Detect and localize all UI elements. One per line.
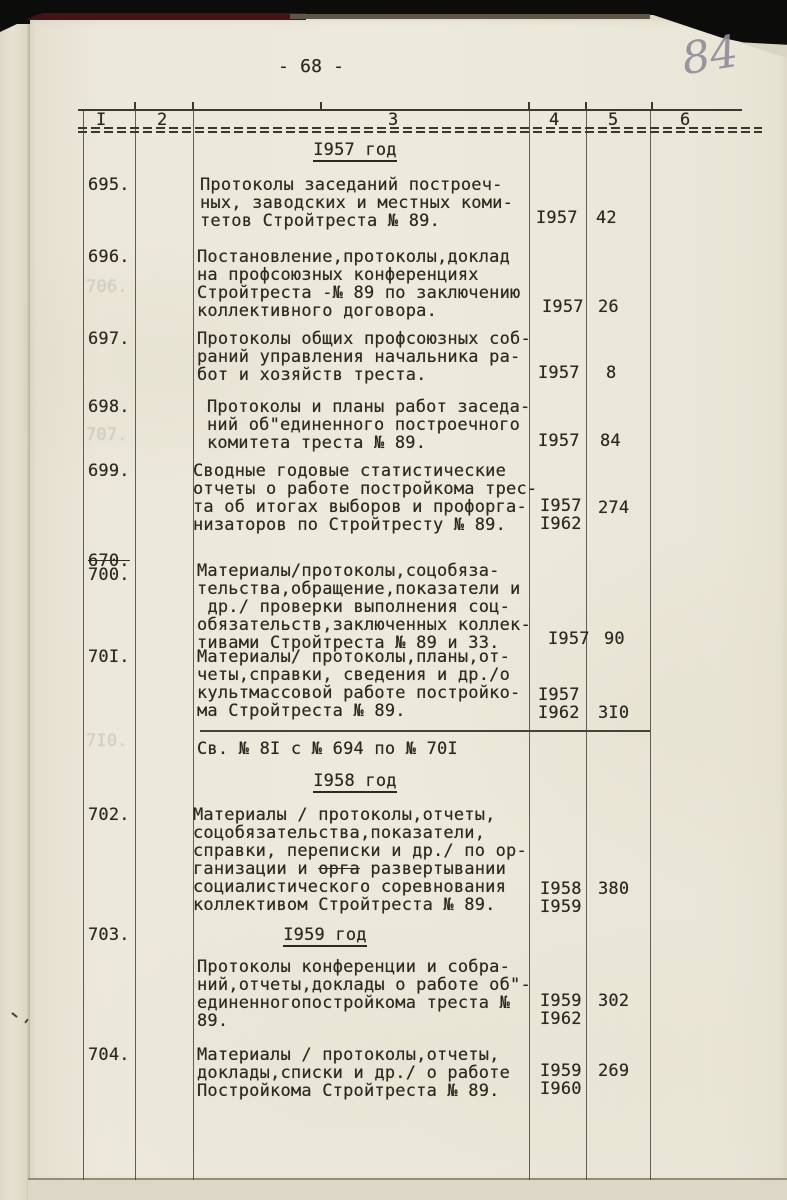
row-pages: 26 <box>598 298 619 316</box>
column-tick <box>192 102 194 110</box>
row-number: 697. <box>88 330 130 348</box>
column-tick <box>585 102 587 110</box>
row-years: I957 <box>548 630 590 648</box>
row-number: 698. <box>88 398 130 416</box>
row-description: Сводные годовые статистические отчеты о … <box>193 462 538 534</box>
row-description: Материалы / протоколы,отчеты, соцобязате… <box>193 806 538 914</box>
row-years: I959 I962 <box>540 992 582 1028</box>
column-tick <box>651 102 653 110</box>
bleed-through-ghost: 7I0. <box>86 732 128 750</box>
row-description: Материалы/ протоколы,планы,от- четы,спра… <box>197 648 537 720</box>
row-years: I959 I960 <box>540 1062 582 1098</box>
page-number: - 68 - <box>278 58 344 76</box>
table-vertical-line <box>135 111 136 1180</box>
summary-separator-line <box>200 730 650 732</box>
column-header-5: 5 <box>608 111 618 129</box>
row-number: 700. <box>88 566 130 584</box>
column-header-4: 4 <box>549 111 559 129</box>
row-description: Постановление,протоколы,доклад на профсо… <box>197 248 531 320</box>
row-pages: 84 <box>600 432 621 450</box>
column-header-2: 2 <box>157 111 167 129</box>
row-years: I957 <box>538 432 580 450</box>
row-years: I957 <box>538 364 580 382</box>
row-description: Протоколы общих профсоюзных соб- раний у… <box>197 330 537 384</box>
row-pages: 42 <box>596 209 617 227</box>
row-description: Протоколы и планы работ заседа- ний об"е… <box>207 398 537 452</box>
bleed-through-ghost: 707. <box>86 426 128 444</box>
row-description: Протоколы конференции и собра- ний,отчет… <box>197 958 542 1030</box>
row-pages: 274 <box>598 499 629 517</box>
row-number: 70I. <box>88 648 130 666</box>
row-description: Материалы/протоколы,соцобяза- тельства,о… <box>197 562 537 652</box>
row-pages: 8 <box>606 364 616 382</box>
column-tick <box>320 102 322 110</box>
row-years: I957 <box>542 298 584 316</box>
row-pages: 269 <box>598 1062 629 1080</box>
column-tick <box>134 102 136 110</box>
row-years: I957 I962 <box>540 497 582 533</box>
row-years: I958 I959 <box>540 880 582 916</box>
row-pages: 90 <box>604 630 625 648</box>
table-double-dash-rule-2 <box>78 131 762 133</box>
column-tick <box>528 102 530 110</box>
row-years: I957 I962 <box>538 686 580 722</box>
row-description: Материалы / протоколы,отчеты, доклады,сп… <box>197 1046 542 1100</box>
section-header-1958: I958 год <box>190 772 520 793</box>
underlying-page-edge <box>0 24 31 1200</box>
binding-brown-strip <box>290 14 650 19</box>
section-header-1957: I957 год <box>190 141 520 162</box>
struck-word: орга <box>318 859 360 879</box>
row-pages: 3I0 <box>598 704 629 722</box>
binding-maroon-strip <box>6 13 306 20</box>
row-pages: 380 <box>598 880 629 898</box>
row-number: 702. <box>88 806 130 824</box>
row-number: 695. <box>88 176 130 194</box>
row-years: I957 <box>536 209 578 227</box>
row-pages: 302 <box>598 992 629 1010</box>
table-double-dash-rule-1 <box>78 127 762 129</box>
handwritten-page-number: 84 <box>678 26 741 85</box>
column-header-1: I <box>96 111 106 129</box>
row-description: Протоколы заседаний построеч- ных, завод… <box>200 176 534 230</box>
table-top-rule <box>78 109 742 111</box>
table-vertical-line <box>83 111 84 1180</box>
row-number: 703. <box>88 926 130 944</box>
scanned-archive-page: - 68 - 84 I 2 3 4 5 6 I957 год 695. Прот… <box>0 0 787 1200</box>
row-number: 704. <box>88 1046 130 1064</box>
row-number: 699. <box>88 462 130 480</box>
summary-note: Св. № 8I с № 694 по № 70I <box>197 740 458 758</box>
page-bottom-edge <box>28 1178 787 1200</box>
bleed-through-ghost: 706. <box>86 278 128 296</box>
table-vertical-line <box>650 111 651 1180</box>
row-number: 696. <box>88 248 130 266</box>
section-header-1959: I959 год <box>160 926 490 947</box>
column-header-3: 3 <box>388 111 398 129</box>
table-vertical-line <box>193 111 194 1180</box>
column-header-6: 6 <box>680 111 690 129</box>
